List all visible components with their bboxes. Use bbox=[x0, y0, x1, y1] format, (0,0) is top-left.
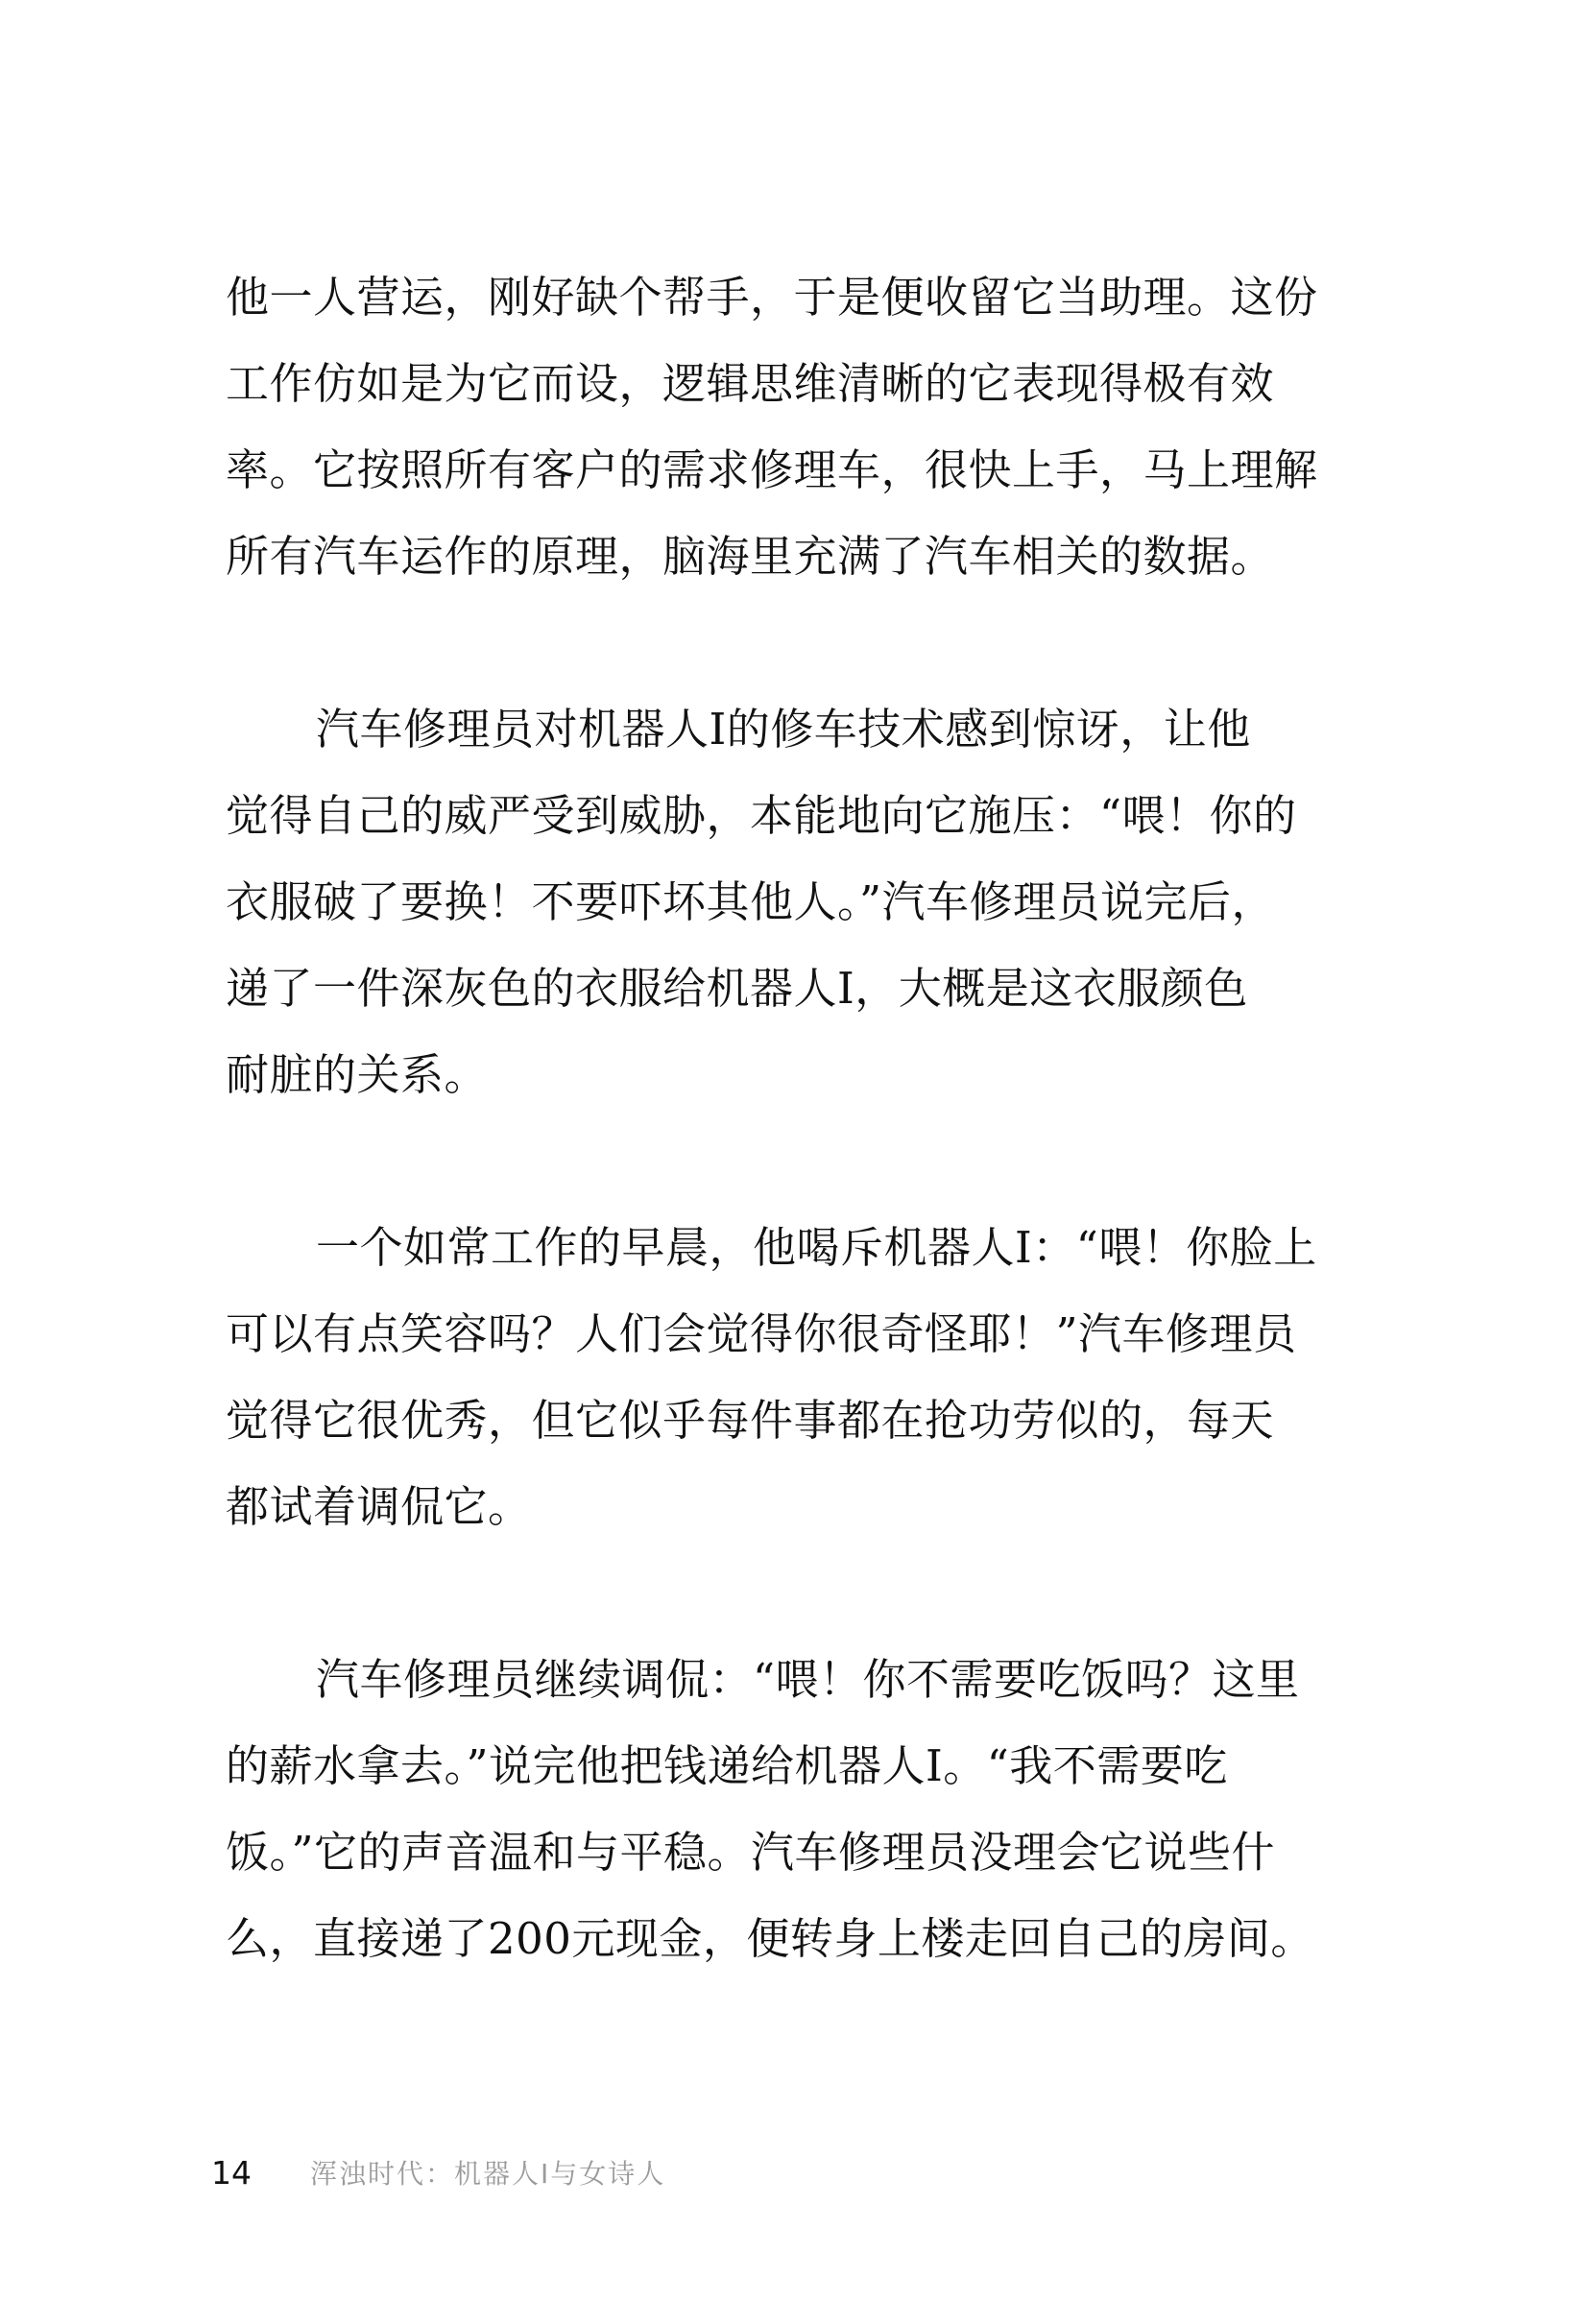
paragraph-4: 汽车修理员继续调侃：“喂！你不需要吃饭吗？这里 的薪水拿去。”说完他把钱递给机器… bbox=[226, 1637, 1301, 1982]
text-line: 工作仿如是为它而设，逻辑思维清晰的它表现得极有效 bbox=[226, 341, 1301, 427]
text-line: 么，直接递了200元现金，便转身上楼走回自己的房间。 bbox=[226, 1896, 1301, 1982]
text-line: 觉得自己的威严受到威胁，本能地向它施压：“喂！你的 bbox=[226, 773, 1301, 859]
page-footer: 14 浑浊时代：机器人I与女诗人 bbox=[211, 2148, 665, 2196]
text-line: 耐脏的关系。 bbox=[226, 1032, 1301, 1118]
text-line: 率。它按照所有客户的需求修理车，很快上手，马上理解 bbox=[226, 427, 1301, 514]
paragraph-2: 汽车修理员对机器人I的修车技术感到惊讶，让他 觉得自己的威严受到威胁，本能地向它… bbox=[226, 686, 1301, 1118]
text-line: 饭。”它的声音温和与平稳。汽车修理员没理会它说些什 bbox=[226, 1809, 1301, 1896]
paragraph-3: 一个如常工作的早晨，他喝斥机器人I：“喂！你脸上 可以有点笑容吗？人们会觉得你很… bbox=[226, 1205, 1301, 1550]
paragraph-1: 他一人营运，刚好缺个帮手，于是便收留它当助理。这份 工作仿如是为它而设，逻辑思维… bbox=[226, 254, 1301, 600]
text-line: 都试着调侃它。 bbox=[226, 1464, 1301, 1550]
text-line-first: 汽车修理员对机器人I的修车技术感到惊讶，让他 bbox=[226, 686, 1301, 773]
text-line: 他一人营运，刚好缺个帮手，于是便收留它当助理。这份 bbox=[226, 254, 1301, 341]
running-title: 浑浊时代：机器人I与女诗人 bbox=[310, 2153, 665, 2192]
text-line-first: 汽车修理员继续调侃：“喂！你不需要吃饭吗？这里 bbox=[226, 1637, 1301, 1723]
text-line-first: 一个如常工作的早晨，他喝斥机器人I：“喂！你脸上 bbox=[226, 1205, 1301, 1291]
text-line: 的薪水拿去。”说完他把钱递给机器人I。“我不需要吃 bbox=[226, 1723, 1301, 1809]
text-line: 衣服破了要换！不要吓坏其他人。”汽车修理员说完后， bbox=[226, 859, 1301, 946]
text-line: 所有汽车运作的原理，脑海里充满了汽车相关的数据。 bbox=[226, 514, 1301, 600]
body-text: 他一人营运，刚好缺个帮手，于是便收留它当助理。这份 工作仿如是为它而设，逻辑思维… bbox=[226, 254, 1301, 2069]
text-line: 可以有点笑容吗？人们会觉得你很奇怪耶！”汽车修理员 bbox=[226, 1291, 1301, 1378]
text-line: 觉得它很优秀，但它似乎每件事都在抢功劳似的，每天 bbox=[226, 1378, 1301, 1464]
page-number: 14 bbox=[211, 2154, 310, 2192]
text-line: 递了一件深灰色的衣服给机器人I，大概是这衣服颜色 bbox=[226, 946, 1301, 1032]
book-page: 他一人营运，刚好缺个帮手，于是便收留它当助理。这份 工作仿如是为它而设，逻辑思维… bbox=[0, 0, 1588, 2324]
